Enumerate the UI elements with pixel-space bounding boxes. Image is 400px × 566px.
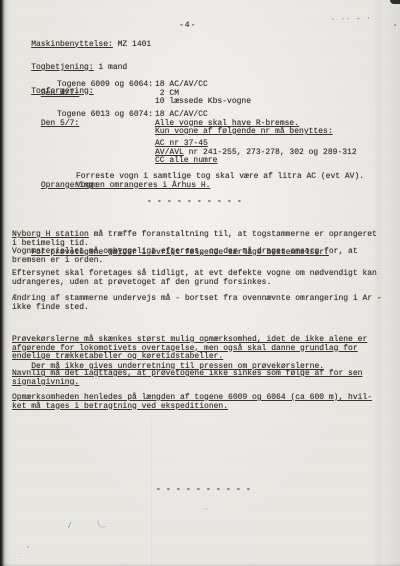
dashed-separator-bottom: - - - - - - - - - -	[156, 486, 251, 494]
paper-crease-line	[151, 418, 152, 566]
day1-consist-3: 10 læssede Kbs-vogne	[12, 98, 251, 107]
p1-line4-text: bremsen er i orden.	[12, 256, 103, 265]
provision-paragraph-1: Nyborg H station må træffe foranstaltnin…	[12, 231, 377, 265]
p3-line2: ikke finde sted.	[12, 304, 382, 313]
marshalling-block: Oprangering: Forreste vogn i samtlige to…	[12, 173, 210, 190]
p2-line2-text: udrangeres, uden at prøvetoget af den gr…	[12, 278, 271, 287]
pencil-marks: · ·· – ·	[331, 14, 372, 22]
day2-allowed-cc: CC alle numre	[12, 157, 357, 166]
day1-consist-3-text: 10 læssede Kbs-vogne	[155, 97, 251, 106]
scan-corner-artifact	[390, 0, 400, 4]
field-machine-use-label: Maskinbenyttelse:	[31, 40, 113, 49]
day1-trains: Togene 6009 og 6064:	[57, 81, 153, 90]
ink-speck	[394, 24, 396, 26]
field-machine-use: Maskinbenyttelse: MZ 1401	[12, 32, 400, 41]
p2-line2: udrangeres, uden at prøvetoget af den gr…	[12, 279, 377, 288]
formation-day2-block: Den 5/7: Togene 6013 og 6074: 18 AC/AV/C…	[12, 111, 357, 166]
marshalling-line2-text: Vognen omrangeres i Århus H.	[76, 181, 210, 190]
field-crew: Togbetjening: 1 mand	[12, 56, 400, 65]
pencil-smudge	[68, 522, 74, 530]
day1-row: Den 4/7: Togene 6009 og 6064: 18 AC/AV/C…	[12, 81, 251, 90]
pencil-smudge	[27, 546, 29, 548]
day2-note-numbers: Kun vogne af følgende nr må benyttes:	[12, 128, 357, 137]
p6-line2: signalgivning.	[12, 379, 362, 388]
field-crew-value: 1 mand	[94, 63, 128, 72]
dashed-separator-mid: - - - - - - - - - -	[147, 198, 242, 206]
provision-paragraph-5: Prøvekørslerne må skænkes størst mulig o…	[12, 336, 367, 362]
p6-line2-text: signalgivning.	[12, 378, 79, 387]
provision-paragraph-6: Navnlig må det iagttages, at prøvetogene…	[12, 370, 362, 387]
p1-line4: bremsen er i orden.	[12, 257, 377, 266]
pencil-smudge	[97, 519, 106, 528]
day2-trains: Togene 6013 og 6074:	[57, 111, 153, 120]
p7-line2-text: ket må tages i betragtning ved ekspediti…	[12, 402, 228, 411]
scanned-document-page: · ·· – · -4- Maskinbenyttelse: MZ 1401 T…	[0, 0, 400, 566]
scan-left-edge-shadow	[0, 0, 7, 566]
field-crew-label: Togbetjening:	[31, 63, 93, 72]
marshalling-line2: Vognen omrangeres i Århus H.	[12, 182, 210, 191]
provision-paragraph-7: Opmærksomheden henledes på længden af to…	[12, 394, 372, 411]
formation-day1-block: Den 4/7: Togene 6009 og 6064: 18 AC/AV/C…	[12, 81, 251, 107]
p1-line1-rest: må træffe foranstaltning til, at togstam…	[89, 230, 377, 239]
day2-allowed-cc-text: CC alle numre	[155, 156, 217, 165]
page-number: -4-	[179, 21, 196, 30]
field-machine-use-value: MZ 1401	[113, 40, 151, 49]
provision-paragraph-2: Eftersynet skal foretages så tidligt, at…	[12, 270, 377, 287]
p5-line3: endelige trækketabeller og køretidstabel…	[12, 353, 367, 362]
pencil-smudge	[204, 505, 209, 511]
p5-line3-text: endelige trækketabeller og køretidstabel…	[12, 352, 223, 361]
provision-paragraph-3: Ændring af stammerne undervejs må - bort…	[12, 295, 382, 312]
day2-note-numbers-text: Kun vogne af følgende nr må benyttes:	[155, 127, 333, 136]
p3-line2-text: ikke finde sted.	[12, 303, 89, 312]
p7-line2: ket må tages i betragtning ved ekspediti…	[12, 403, 372, 412]
